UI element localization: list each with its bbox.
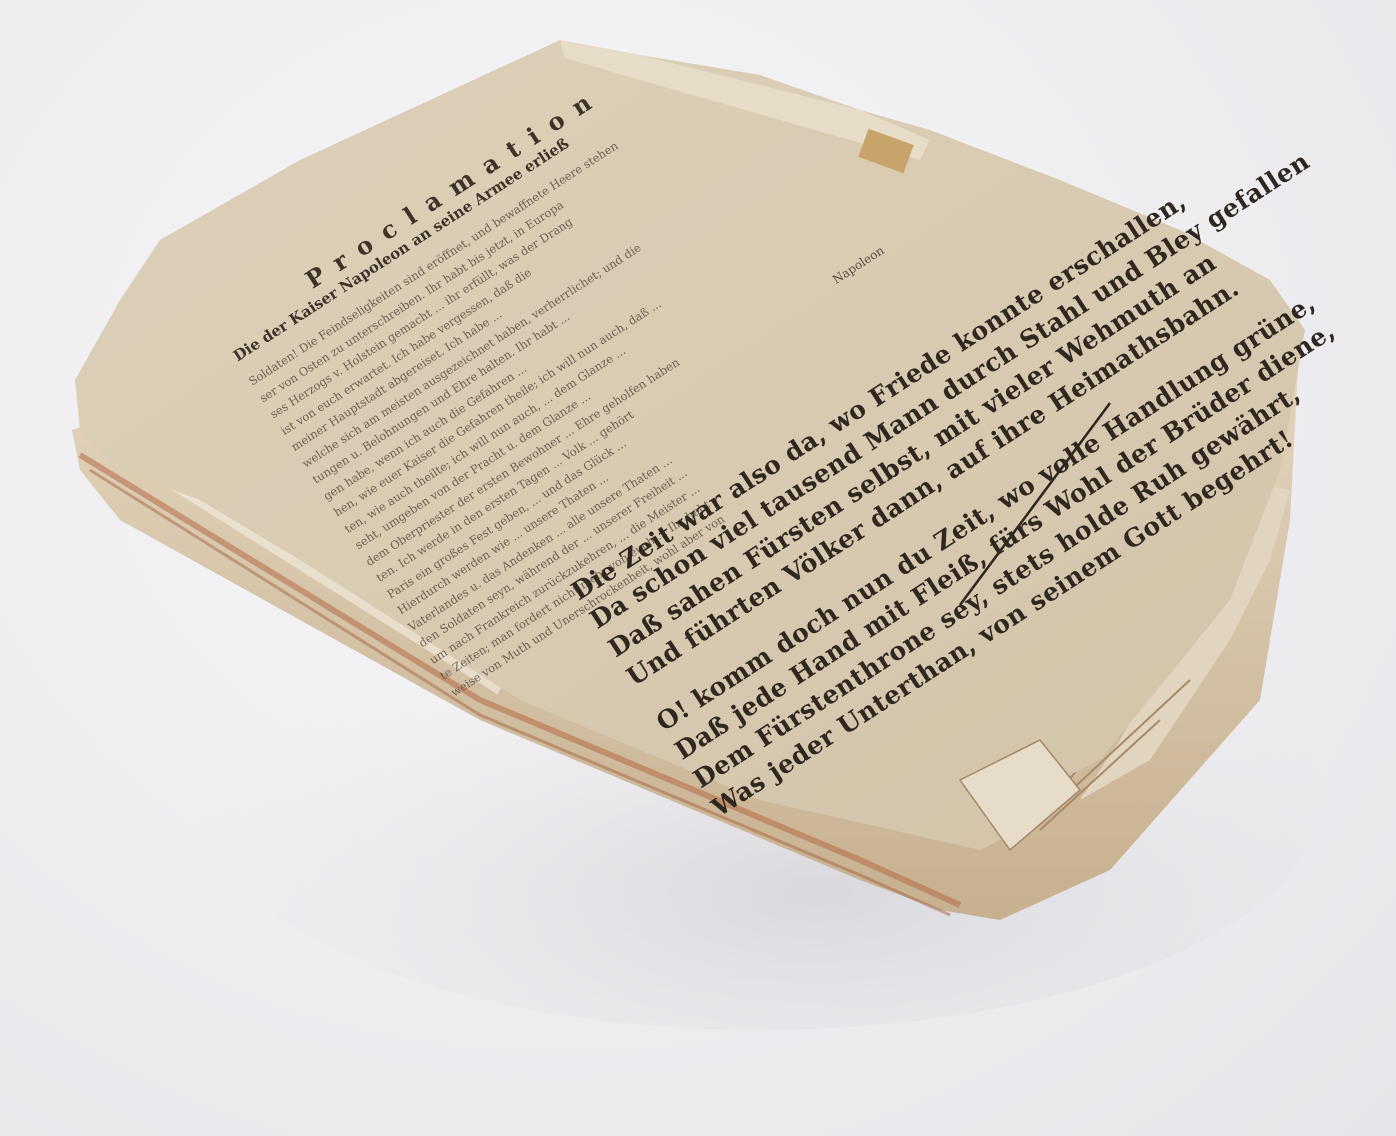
photo-scene: Proclamation Die der Kaiser Napoleon an … bbox=[0, 0, 1396, 1136]
